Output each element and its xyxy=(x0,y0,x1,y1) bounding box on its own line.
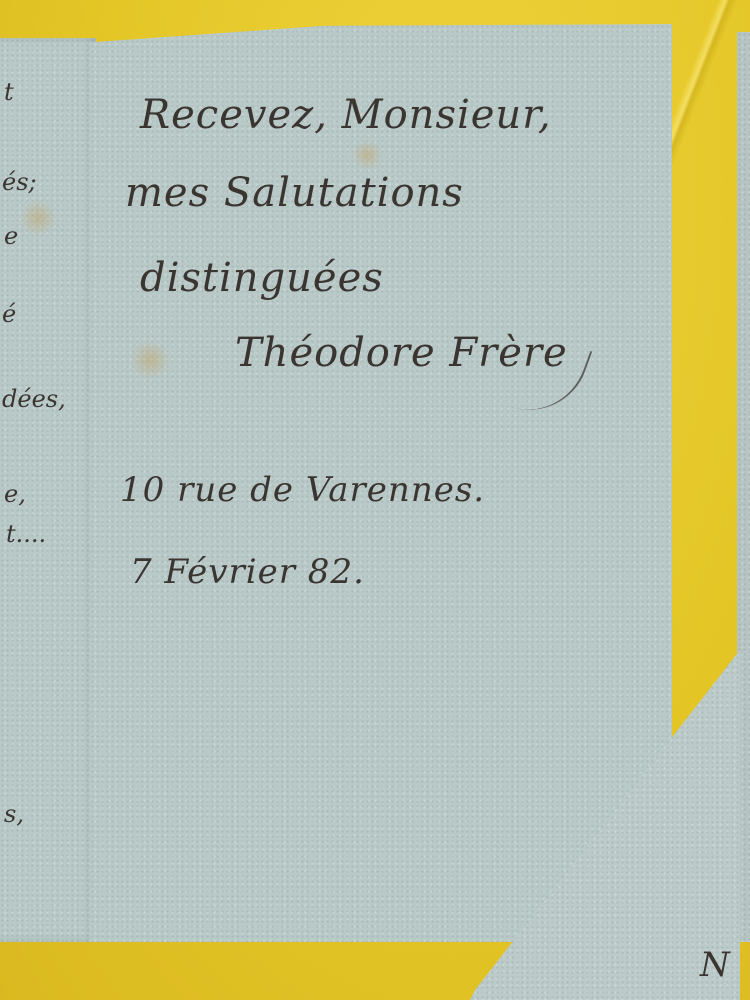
left-page-fragment: é xyxy=(2,300,16,328)
left-page-fragment: e xyxy=(4,222,18,250)
closing-line-3: distinguées xyxy=(140,255,384,301)
left-page-fragment: e, xyxy=(4,480,26,508)
address-line: 10 rue de Varennes. xyxy=(120,470,485,510)
paper-stain xyxy=(20,200,56,236)
closing-line-1: Recevez, Monsieur, xyxy=(140,92,552,138)
left-page-fragment: s, xyxy=(4,800,24,828)
paper-stain xyxy=(130,340,170,380)
left-page-fragment: t xyxy=(4,78,14,106)
scrap-mark: N xyxy=(700,945,730,985)
closing-line-2: mes Salutations xyxy=(125,170,464,216)
left-page-fragment: t.... xyxy=(6,520,46,548)
left-page-fragment: és; xyxy=(2,168,37,196)
paper-stain xyxy=(352,140,382,170)
date-line: 7 Février 82. xyxy=(130,552,365,592)
left-page-fragment: dées, xyxy=(2,385,66,413)
